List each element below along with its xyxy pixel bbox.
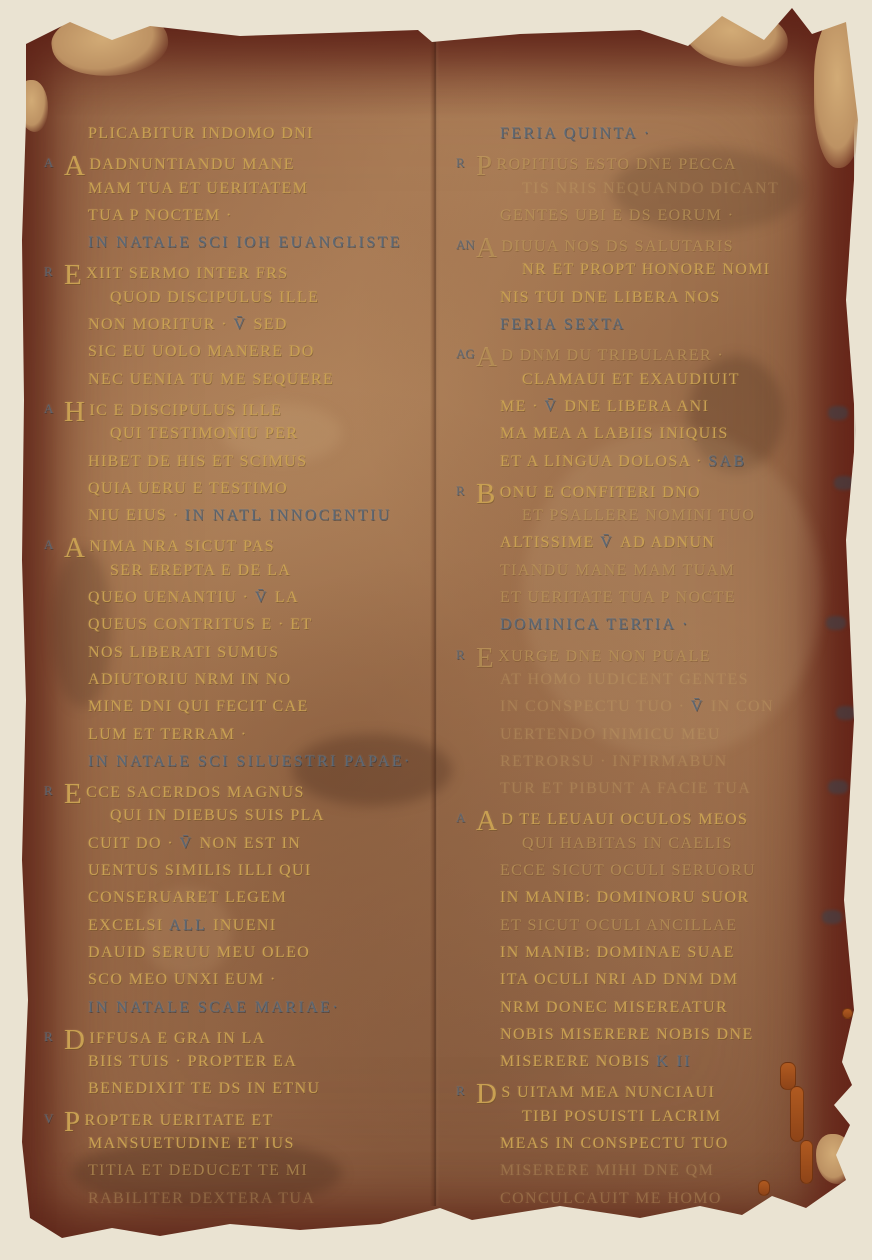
text-line: LUM ET TERRAM · (88, 726, 460, 753)
text-line: FERIA SEXTA (500, 316, 872, 343)
gold-uncial-text: IN MANIB: DOMINAE SUAE (500, 944, 735, 961)
gold-uncial-text: SIC EU UOLO MANERE DO (88, 343, 315, 360)
gold-uncial-text: D DNM DU TRIBULARER · (501, 347, 724, 364)
gold-uncial-text: ET PSALLERE NOMINI TUO (522, 507, 755, 524)
gold-uncial-text: NIMA NRA SICUT PAS (89, 538, 275, 555)
text-line: UERTENDO INIMICU MEU (500, 726, 872, 753)
text-line: QUI HABITAS IN CAELIS (500, 835, 872, 862)
text-line: NIS TUI DNE LIBERA NOS (500, 289, 872, 316)
silver-rubric-text: DOMINICA TERTIA · (500, 616, 690, 633)
gold-uncial-text: CUIT DO · (88, 835, 179, 852)
text-line: IN NATALE SCI IOH EUANGLISTE (88, 234, 460, 261)
text-line: ET UERITATE TUA P NOCTE (500, 589, 872, 616)
gold-uncial-text: ET UERITATE TUA P NOCTE (500, 589, 736, 606)
gold-uncial-text: MANSUETUDINE ET IUS (88, 1135, 295, 1152)
text-line: CONCULCAUIT ME HOMO (500, 1190, 872, 1217)
text-line: TITIA ET DEDUCET TE MI (88, 1162, 460, 1189)
gold-uncial-text: SER EREPTA E DE LA (110, 562, 291, 579)
gold-uncial-text: HIBET DE HIS ET SCIMUS (88, 453, 308, 470)
text-line: BENEDIXIT TE DS IN ETNU (88, 1080, 460, 1107)
gold-uncial-text: S UITAM MEA NUNCIAUI (501, 1084, 715, 1101)
gold-uncial-text: SED (253, 316, 287, 333)
gold-uncial-text: ADIUTORIU NRM IN NO (88, 671, 292, 688)
gold-uncial-text: QUI TESTIMONIU PER (110, 425, 298, 442)
text-line: QUI TESTIMONIU PER (88, 425, 460, 452)
text-line: ME · V̄ DNE LIBERA ANI (500, 398, 872, 425)
gold-uncial-text: LA (275, 589, 299, 606)
gold-uncial-text: ROPTER UERITATE ET (85, 1112, 274, 1129)
text-line: MISERERE NOBIS K II (500, 1053, 872, 1080)
text-line: DAUID SERUU MEU OLEO (88, 944, 460, 971)
gold-uncial-text: DIUUA NOS DS SALUTARIS (501, 238, 734, 255)
margin-mark: R (456, 647, 496, 663)
gold-uncial-text: ONU E CONFITERI DNO (500, 484, 701, 501)
silver-rubric-text: V̄ (600, 534, 620, 551)
text-line: RECCE SACERDOS MAGNUS (88, 780, 460, 807)
gold-uncial-text: CONSERUARET LEGEM (88, 889, 287, 906)
gold-uncial-text: D TE LEUAUI OCULOS MEOS (501, 811, 748, 828)
text-line: SER EREPTA E DE LA (88, 562, 460, 589)
column-right: FERIA QUINTA ·RPROPITIUS ESTO DNE PECCAT… (500, 125, 872, 1217)
gold-uncial-text: QUEO UENANTIU · (88, 589, 255, 606)
text-line: NIU EIUS · IN NATL INNOCENTIU (88, 507, 460, 534)
text-line: MAM TUA ET UERITATEM (88, 180, 460, 207)
text-line: NON MORITUR · V̄ SED (88, 316, 460, 343)
text-line: ITA OCULI NRI AD DNM DM (500, 971, 872, 998)
text-line: SIC EU UOLO MANERE DO (88, 343, 460, 370)
gold-uncial-text: AD ADNUN (620, 534, 715, 551)
text-line: AHIC E DISCIPULUS ILLE (88, 398, 460, 425)
text-line: RABILITER DEXTERA TUA (88, 1190, 460, 1217)
gold-uncial-text: DADNUNTIANDU MANE (89, 156, 295, 173)
gold-uncial-text: PLICABITUR INDOMO DNI (88, 125, 314, 142)
silver-rubric-text: IN NATALE SCAE MARIAE· (88, 999, 340, 1016)
text-line: ADIUTORIU NRM IN NO (88, 671, 460, 698)
text-line: AADADNUNTIANDU MANE (88, 152, 460, 179)
gold-uncial-text: MA MEA A LABIIS INIQUIS (500, 425, 729, 442)
gold-uncial-text: EXCELSI (88, 917, 169, 934)
silver-rubric-text: ALL (169, 917, 213, 934)
text-line: RPROPITIUS ESTO DNE PECCA (500, 152, 872, 179)
gold-uncial-text: ALTISSIME (500, 534, 600, 551)
gold-uncial-text: NEC UENIA TU ME SEQUERE (88, 371, 334, 388)
gold-uncial-text: XURGE DNE NON PUALE (498, 648, 711, 665)
text-line: REXURGE DNE NON PUALE (500, 644, 872, 671)
silver-rubric-text: V̄ (691, 698, 711, 715)
text-line: TUA P NOCTEM · (88, 207, 460, 234)
text-line: QUEUS CONTRITUS E · ET (88, 616, 460, 643)
text-line: SCO MEO UNXI EUM · (88, 971, 460, 998)
gold-uncial-text: TIBI POSUISTI LACRIM (522, 1108, 722, 1125)
gold-uncial-text: MINE DNI QUI FECIT CAE (88, 698, 309, 715)
gold-uncial-text: MISERERE MIHI DNE QM (500, 1162, 714, 1179)
text-line: TIS NRIS NEQUANDO DICANT (500, 180, 872, 207)
gold-uncial-text: NON MORITUR · (88, 316, 233, 333)
gold-uncial-text: MISERERE NOBIS (500, 1053, 656, 1070)
silver-rubric-text: IN NATALE SCI SILUESTRI PAPAE· (88, 753, 412, 770)
gold-uncial-text: NIU EIUS · (88, 507, 185, 524)
text-line: QUIA UERU E TESTIMO (88, 480, 460, 507)
gold-uncial-text: ME · (500, 398, 544, 415)
photo-backdrop: PLICABITUR INDOMO DNIAADADNUNTIANDU MANE… (0, 0, 872, 1260)
silver-rubric-text: V̄ (233, 316, 253, 333)
gold-uncial-text: IN CON (711, 698, 774, 715)
gold-uncial-text: QUI HABITAS IN CAELIS (522, 835, 733, 852)
text-line: MINE DNI QUI FECIT CAE (88, 698, 460, 725)
margin-mark: R (44, 783, 84, 799)
gold-uncial-text: TIANDU MANE MAM TUAM (500, 562, 735, 579)
gold-uncial-text: QUI IN DIEBUS SUIS PLA (110, 807, 325, 824)
text-line: AAD TE LEUAUI OCULOS MEOS (500, 807, 872, 834)
gold-uncial-text: IN MANIB: DOMINORU SUOR (500, 889, 750, 906)
text-line: ET PSALLERE NOMINI TUO (500, 507, 872, 534)
text-line: REXIIT SERMO INTER FRS (88, 261, 460, 288)
margin-mark: A (44, 401, 84, 417)
text-line: NEC UENIA TU ME SEQUERE (88, 371, 460, 398)
gold-uncial-text: ITA OCULI NRI AD DNM DM (500, 971, 738, 988)
gold-uncial-text: BENEDIXIT TE DS IN ETNU (88, 1080, 320, 1097)
text-line: NOS LIBERATI SUMUS (88, 644, 460, 671)
gold-uncial-text: TUA P NOCTEM · (88, 207, 233, 224)
gold-uncial-text: IN CONSPECTU TUO · (500, 698, 691, 715)
text-line: VPROPTER UERITATE ET (88, 1108, 460, 1135)
tear-patch-top-right (682, 4, 791, 71)
margin-mark: V (44, 1111, 84, 1127)
text-line: CUIT DO · V̄ NON EST IN (88, 835, 460, 862)
text-line: AT HOMO IUDICENT GENTES (500, 671, 872, 698)
margin-mark: R (456, 1083, 496, 1099)
gold-uncial-text: NOBIS MISERERE NOBIS DNE (500, 1026, 754, 1043)
gold-uncial-text: TUR ET PIBUNT A FACIE TUA (500, 780, 751, 797)
silver-rubric-text: SAB (708, 453, 746, 470)
gold-uncial-text: CLAMAUI ET EXAUDIUIT (522, 371, 740, 388)
text-line: NR ET PROPT HONORE NOMI (500, 261, 872, 288)
manuscript-leaf: PLICABITUR INDOMO DNIAADADNUNTIANDU MANE… (22, 8, 854, 1240)
text-line: ET SICUT OCULI ANCILLAE (500, 917, 872, 944)
silver-rubric-text: IN NATALE SCI IOH EUANGLISTE (88, 234, 402, 251)
gold-uncial-text: NON EST IN (200, 835, 302, 852)
text-line: RBONU E CONFITERI DNO (500, 480, 872, 507)
gold-uncial-text: GENTES UBI E DS EORUM · (500, 207, 734, 224)
margin-mark: AN (456, 237, 496, 253)
silver-rubric-text: IN NATL INNOCENTIU (185, 507, 392, 524)
gold-uncial-text: DAUID SERUU MEU OLEO (88, 944, 310, 961)
gold-uncial-text: UERTENDO INIMICU MEU (500, 726, 721, 743)
text-line: RDIFFUSA E GRA IN LA (88, 1026, 460, 1053)
silver-rubric-text: K II (656, 1053, 692, 1070)
gold-uncial-text: QUIA UERU E TESTIMO (88, 480, 288, 497)
tear-patch-left (18, 80, 48, 132)
text-line: IN CONSPECTU TUO · V̄ IN CON (500, 698, 872, 725)
gold-uncial-text: BIIS TUIS · PROPTER EA (88, 1053, 297, 1070)
text-line: CLAMAUI ET EXAUDIUIT (500, 371, 872, 398)
gold-uncial-text: NOS LIBERATI SUMUS (88, 644, 279, 661)
text-line: QUEO UENANTIU · V̄ LA (88, 589, 460, 616)
margin-mark: AG (456, 346, 496, 362)
text-line: QUOD DISCIPULUS ILLE (88, 289, 460, 316)
text-line: QUI IN DIEBUS SUIS PLA (88, 807, 460, 834)
text-line: BIIS TUIS · PROPTER EA (88, 1053, 460, 1080)
margin-mark: R (456, 155, 496, 171)
text-line: RETRORSU · INFIRMABUN (500, 753, 872, 780)
text-line: DOMINICA TERTIA · (500, 616, 872, 643)
text-line: ALTISSIME V̄ AD ADNUN (500, 534, 872, 561)
gold-uncial-text: MEAS IN CONSPECTU TUO (500, 1135, 729, 1152)
margin-mark: A (44, 537, 84, 553)
gold-uncial-text: ROPITIUS ESTO DNE PECCA (497, 156, 737, 173)
gold-uncial-text: SCO MEO UNXI EUM · (88, 971, 277, 988)
silver-rubric-text: V̄ (179, 835, 199, 852)
text-line: FERIA QUINTA · (500, 125, 872, 152)
gold-uncial-text: QUEUS CONTRITUS E · ET (88, 616, 313, 633)
silver-rubric-text: FERIA SEXTA (500, 316, 626, 333)
text-line: AGAD DNM DU TRIBULARER · (500, 343, 872, 370)
text-line: GENTES UBI E DS EORUM · (500, 207, 872, 234)
text-line: NOBIS MISERERE NOBIS DNE (500, 1026, 872, 1053)
margin-mark: R (456, 483, 496, 499)
gold-uncial-text: NIS TUI DNE LIBERA NOS (500, 289, 721, 306)
gold-uncial-text: INUENI (213, 917, 277, 934)
text-line: UENTUS SIMILIS ILLI QUI (88, 862, 460, 889)
gold-uncial-text: TITIA ET DEDUCET TE MI (88, 1162, 308, 1179)
gold-uncial-text: ECCE SICUT OCULI SERUORU (500, 862, 756, 879)
text-line: MANSUETUDINE ET IUS (88, 1135, 460, 1162)
silver-rubric-text: V̄ (544, 398, 564, 415)
text-line: HIBET DE HIS ET SCIMUS (88, 453, 460, 480)
gold-uncial-text: UENTUS SIMILIS ILLI QUI (88, 862, 312, 879)
gold-uncial-text: ET A LINGUA DOLOSA · (500, 453, 708, 470)
tear-patch-top-left (48, 4, 172, 84)
gold-uncial-text: IC E DISCIPULUS ILLE (89, 402, 282, 419)
gold-uncial-text: XIIT SERMO INTER FRS (86, 265, 288, 282)
text-line: EXCELSI ALL INUENI (88, 917, 460, 944)
text-line: AANIMA NRA SICUT PAS (88, 534, 460, 561)
gold-uncial-text: RABILITER DEXTERA TUA (88, 1190, 315, 1207)
text-line: CONSERUARET LEGEM (88, 889, 460, 916)
text-line: IN MANIB: DOMINORU SUOR (500, 889, 872, 916)
gold-uncial-text: NRM DONEC MISEREATUR (500, 999, 728, 1016)
margin-mark: R (44, 264, 84, 280)
text-line: ET A LINGUA DOLOSA · SAB (500, 453, 872, 480)
gold-uncial-text: AT HOMO IUDICENT GENTES (500, 671, 749, 688)
silver-rubric-text: V̄ (255, 589, 275, 606)
margin-mark: A (44, 155, 84, 171)
gold-uncial-text: NR ET PROPT HONORE NOMI (522, 261, 771, 278)
text-line: IN NATALE SCI SILUESTRI PAPAE· (88, 753, 460, 780)
gold-uncial-text: CONCULCAUIT ME HOMO (500, 1190, 722, 1207)
text-line: TIANDU MANE MAM TUAM (500, 562, 872, 589)
text-line: NRM DONEC MISEREATUR (500, 999, 872, 1026)
gold-uncial-text: ET SICUT OCULI ANCILLAE (500, 917, 737, 934)
text-line: TIBI POSUISTI LACRIM (500, 1108, 872, 1135)
gold-uncial-text: TIS NRIS NEQUANDO DICANT (522, 180, 779, 197)
margin-mark: A (456, 810, 496, 826)
gold-uncial-text: QUOD DISCIPULUS ILLE (110, 289, 319, 306)
top-edge-stain (22, 8, 854, 118)
text-line: MEAS IN CONSPECTU TUO (500, 1135, 872, 1162)
text-line: MA MEA A LABIIS INIQUIS (500, 425, 872, 452)
gold-uncial-text: IFFUSA E GRA IN LA (89, 1030, 265, 1047)
text-line: TUR ET PIBUNT A FACIE TUA (500, 780, 872, 807)
text-line: ANADIUUA NOS DS SALUTARIS (500, 234, 872, 261)
gold-uncial-text: DNE LIBERA ANI (564, 398, 709, 415)
gold-uncial-text: LUM ET TERRAM · (88, 726, 248, 743)
text-line: PLICABITUR INDOMO DNI (88, 125, 460, 152)
margin-mark: R (44, 1029, 84, 1045)
text-line: IN NATALE SCAE MARIAE· (88, 999, 460, 1026)
gold-uncial-text: MAM TUA ET UERITATEM (88, 180, 308, 197)
text-line: MISERERE MIHI DNE QM (500, 1162, 872, 1189)
silver-rubric-text: FERIA QUINTA · (500, 125, 651, 142)
column-left: PLICABITUR INDOMO DNIAADADNUNTIANDU MANE… (88, 125, 460, 1217)
gold-uncial-text: CCE SACERDOS MAGNUS (86, 784, 305, 801)
text-line: IN MANIB: DOMINAE SUAE (500, 944, 872, 971)
text-line: RDS UITAM MEA NUNCIAUI (500, 1080, 872, 1107)
gold-uncial-text: RETRORSU · INFIRMABUN (500, 753, 728, 770)
text-line: ECCE SICUT OCULI SERUORU (500, 862, 872, 889)
